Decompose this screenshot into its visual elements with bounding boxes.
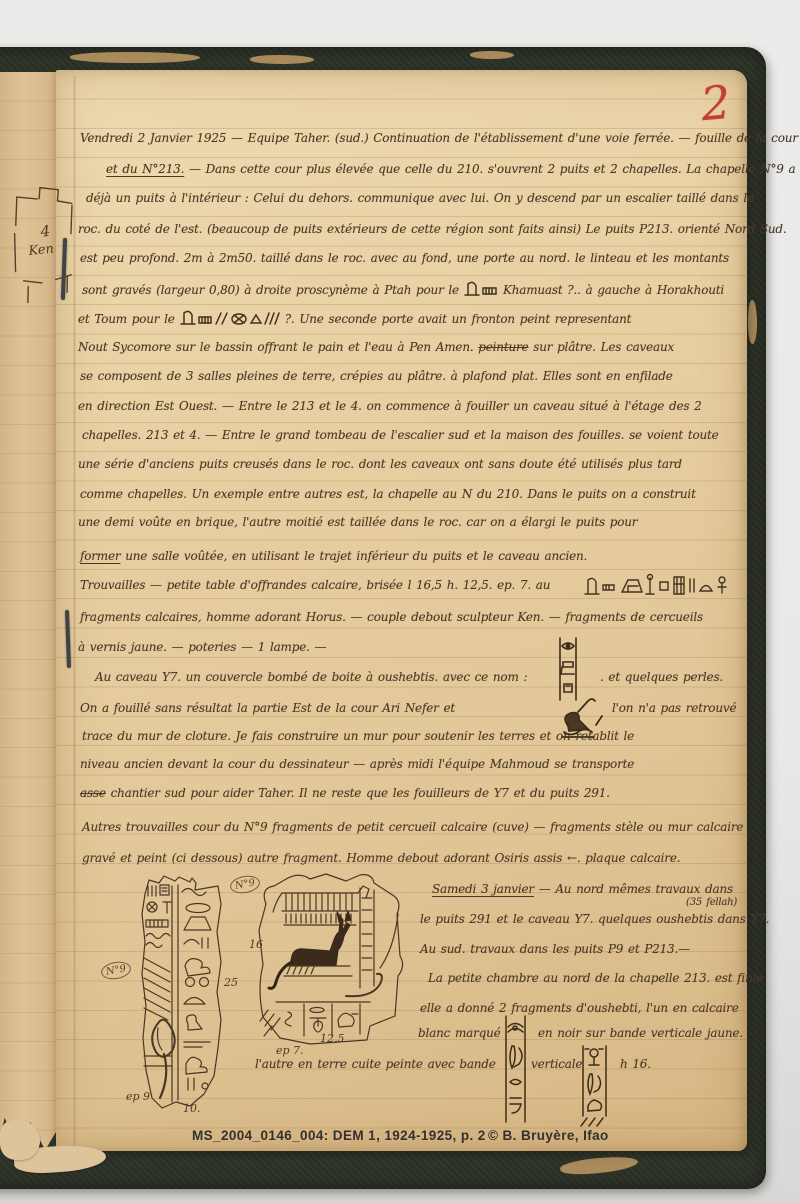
saturday-line-07c: h 16. — [620, 1057, 651, 1071]
frayed-paper-edge — [0, 1120, 40, 1160]
line-text-struck: peinture — [478, 340, 528, 354]
line-text: sur plâtre. Les caveaux — [528, 340, 674, 354]
band-hieroglyph-column-2-icon — [578, 1044, 614, 1128]
friday-line-03: déjà un puits à l'intérieur : Celui du d… — [86, 191, 754, 205]
line-text: sont gravés (largeur 0,80) à droite pros… — [82, 283, 459, 297]
friday-line-16: Trouvailles — petite table d'offrandes c… — [80, 578, 550, 592]
stela-height-dimension: 25 — [224, 976, 238, 989]
friday-line-06: sont gravés (largeur 0,80) à droite pros… — [82, 279, 724, 299]
friday-line-02: et du N°213. — Dans cette cour plus élev… — [106, 162, 796, 176]
saturday-line-01: Samedi 3 janvier — Au nord mêmes travaux… — [432, 882, 733, 896]
saturday-line-04: La petite chambre au nord de la chapelle… — [428, 971, 763, 985]
friday-line-24: Autres trouvailles cour du N°9 fragments… — [82, 820, 743, 834]
cover-wear-mark — [470, 51, 514, 59]
friday-line-04: roc. du coté de l'est. (beaucoup de puit… — [78, 222, 787, 236]
cover-wear-mark — [70, 52, 200, 63]
footer-caption-left: MS_2004_0146_004: DEM 1, 1924-1925, p. 2 — [192, 1128, 486, 1143]
saturday-line-06a: blanc marqué — [418, 1026, 501, 1040]
friday-line-12: une série d'anciens puits creusés dans l… — [78, 457, 682, 471]
oushebti-name-hieroglyph-column-icon — [556, 636, 580, 702]
friday-line-13: comme chapelles. Un exemple entre autres… — [80, 487, 696, 501]
line-text: chantier sud pour aider Taher. Il ne res… — [106, 786, 610, 800]
saturday-line-06b: en noir sur bande verticale jaune. — [538, 1026, 743, 1040]
friday-line-14: une demi voûte en brique, l'autre moitié… — [78, 515, 637, 529]
line-text: ?. Une seconde porte avait un fronton pe… — [285, 312, 632, 326]
friday-line-19a: Au caveau Y7. un couvercle bombé de boit… — [95, 670, 527, 684]
friday-line-20b: l'on n'a pas retrouvé — [612, 701, 736, 715]
friday-line-20a: On a fouillé sans résultat la partie Est… — [80, 701, 455, 715]
cover-wear-mark — [250, 55, 314, 64]
anubis-width-dimension: 12,5 — [320, 1032, 345, 1045]
friday-line-05: est peu profond. 2m à 2m50. taillé dans … — [80, 251, 729, 265]
line-text: Vendredi 2 Janvier 1925 — Equipe Taher. … — [80, 131, 800, 145]
line-text: — Dans cette cour plus élevée que celle … — [184, 162, 795, 176]
margin-note-name: Ken — [28, 242, 55, 260]
friday-line-23: asse chantier sud pour aider Taher. Il n… — [80, 786, 610, 800]
toum-title-hieroglyph-icon — [179, 308, 281, 328]
footer-caption-right: © B. Bruyère, Ifao — [488, 1128, 609, 1143]
ptah-title-hieroglyph-icon — [463, 279, 499, 299]
saturday-line-02: le puits 291 et le caveau Y7. quelques o… — [420, 912, 769, 926]
line-text: — Au nord mêmes travaux dans — [534, 882, 733, 896]
anubis-height-dimension: 16 — [249, 938, 263, 951]
friday-line-09: se composent de 3 salles pleines de terr… — [80, 369, 673, 383]
friday-line-22: niveau ancien devant la cour du dessinat… — [80, 757, 634, 771]
saturday-line-05: elle a donné 2 fragments d'oushebti, l'u… — [420, 1001, 739, 1015]
line-text-underlined: Samedi 3 janvier — [432, 882, 534, 896]
friday-line-08: Nout Sycomore sur le bassin offrant le p… — [78, 340, 674, 354]
saturday-line-07a: l'autre en terre cuite peinte avec bande — [255, 1057, 496, 1071]
friday-line-18: à vernis jaune. — poteries — 1 lampe. — — [78, 640, 326, 654]
friday-line-17: fragments calcaires, homme adorant Horus… — [80, 610, 703, 624]
line-text: Nout Sycomore sur le bassin offrant le p… — [78, 340, 478, 354]
friday-line-10: en direction Est Ouest. — Entre le 213 e… — [78, 399, 702, 413]
friday-line-11: chapelles. 213 et 4. — Entre le grand to… — [82, 428, 719, 442]
page-number: 2 — [699, 75, 733, 131]
line-text: et Toum pour le — [78, 312, 175, 326]
friday-line-07: et Toum pour le?. Une seconde porte avai… — [78, 308, 631, 328]
anubis-thickness-dimension: ep 7. — [276, 1044, 304, 1057]
friday-line-19b: . et quelques perles. — [600, 670, 723, 684]
stela-width-dimension: 10. — [183, 1102, 201, 1115]
stela-fragment-sketch — [132, 870, 232, 1114]
margin-note-number: 4 — [40, 222, 51, 241]
scanned-notebook-page: 2 4 Ken Vendredi 2 Janvier 1925 — Equipe… — [0, 0, 800, 1203]
line-text-struck: asse — [80, 786, 106, 800]
stela-thickness-dimension: ep 9 — [126, 1090, 150, 1103]
line-text: Khamuast ?.. à gauche à Horakhouti — [503, 283, 724, 297]
line-text-underlined: et du N°213. — [106, 162, 184, 176]
friday-line-01: Vendredi 2 Janvier 1925 — Equipe Taher. … — [80, 131, 800, 145]
line-text-underlined: former — [80, 549, 120, 563]
saturday-line-03: Au sud. travaux dans les puits P9 et P21… — [420, 942, 690, 956]
offering-table-hieroglyph-strip-icon — [582, 572, 734, 600]
friday-line-25: gravé et peint (ci dessous) autre fragme… — [82, 851, 680, 865]
saturday-workers-note: (35 fellah) — [686, 897, 737, 908]
friday-line-21: trace du mur de cloture. Je fais constru… — [82, 729, 634, 743]
cover-wear-mark — [748, 300, 757, 344]
line-text: une salle voûtée, en utilisant le trajet… — [120, 549, 587, 563]
friday-line-15: former une salle voûtée, en utilisant le… — [80, 549, 587, 563]
saturday-line-07b: verticale — [531, 1057, 582, 1071]
band-hieroglyph-column-1-icon — [502, 1014, 530, 1124]
